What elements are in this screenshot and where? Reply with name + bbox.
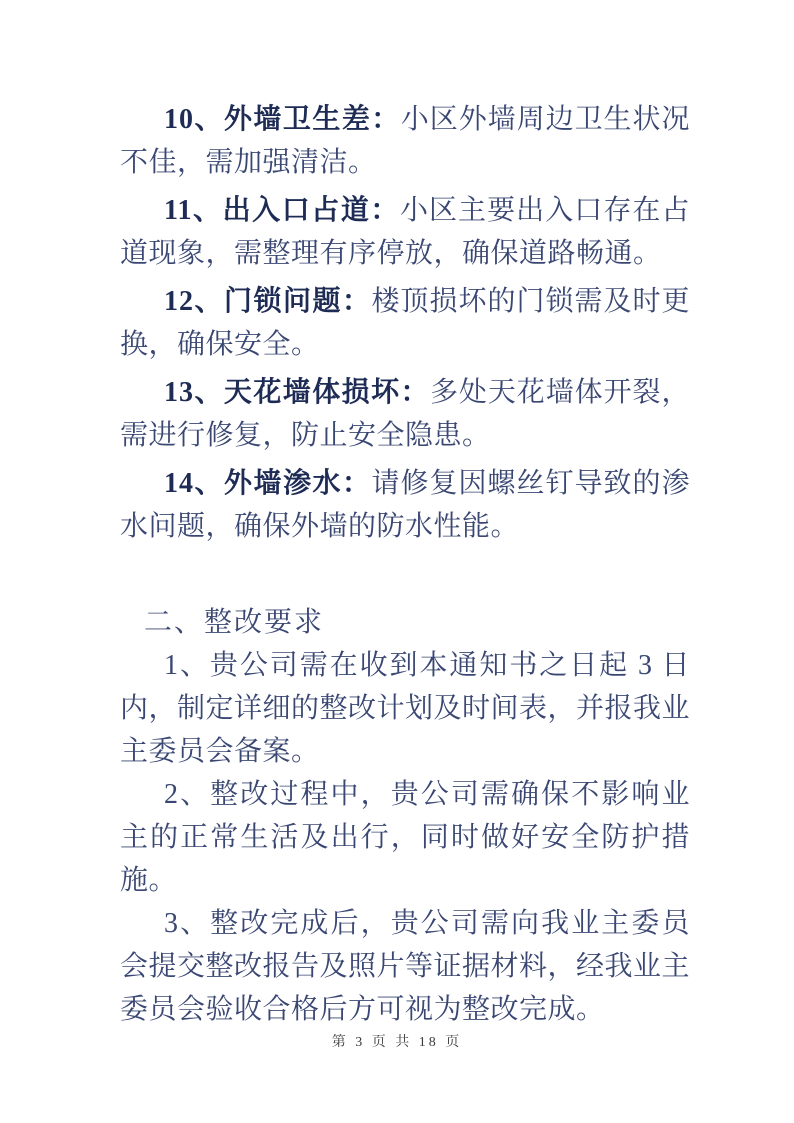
issue-item-12: 12、门锁问题：楼顶损坏的门锁需及时更换，确保安全。	[120, 280, 690, 366]
requirement-item-2: 2、整改过程中，贵公司需确保不影响业主的正常生活及出行，同时做好安全防护措施。	[120, 773, 690, 902]
issue-heading: 12、门锁问题：	[164, 286, 372, 317]
issue-heading: 11、出入口占道：	[164, 195, 400, 226]
page-number-footer: 第 3 页 共 18 页	[0, 1033, 794, 1053]
document-body: 10、外墙卫生差：小区外墙周边卫生状况不佳，需加强清洁。 11、出入口占道：小区…	[120, 98, 690, 1031]
requirement-item-1: 1、贵公司需在收到本通知书之日起 3 日内，制定详细的整改计划及时间表，并报我业…	[120, 644, 690, 773]
issue-heading: 14、外墙渗水：	[164, 468, 372, 499]
issue-item-13: 13、天花墙体损坏：多处天花墙体开裂，需进行修复，防止安全隐患。	[120, 371, 690, 457]
issue-item-10: 10、外墙卫生差：小区外墙周边卫生状况不佳，需加强清洁。	[120, 98, 690, 184]
issue-item-11: 11、出入口占道：小区主要出入口存在占道现象，需整理有序停放，确保道路畅通。	[120, 189, 690, 275]
requirement-item-3: 3、整改完成后，贵公司需向我业主委员会提交整改报告及照片等证据材料，经我业主委员…	[120, 902, 690, 1031]
issue-heading: 10、外墙卫生差：	[164, 104, 401, 135]
issue-heading: 13、天花墙体损坏：	[164, 377, 430, 408]
issue-item-14: 14、外墙渗水：请修复因螺丝钉导致的渗水问题，确保外墙的防水性能。	[120, 462, 690, 548]
section-title-rectification-requirements: 二、整改要求	[120, 601, 690, 644]
document-page: 10、外墙卫生差：小区外墙周边卫生状况不佳，需加强清洁。 11、出入口占道：小区…	[0, 0, 794, 1123]
